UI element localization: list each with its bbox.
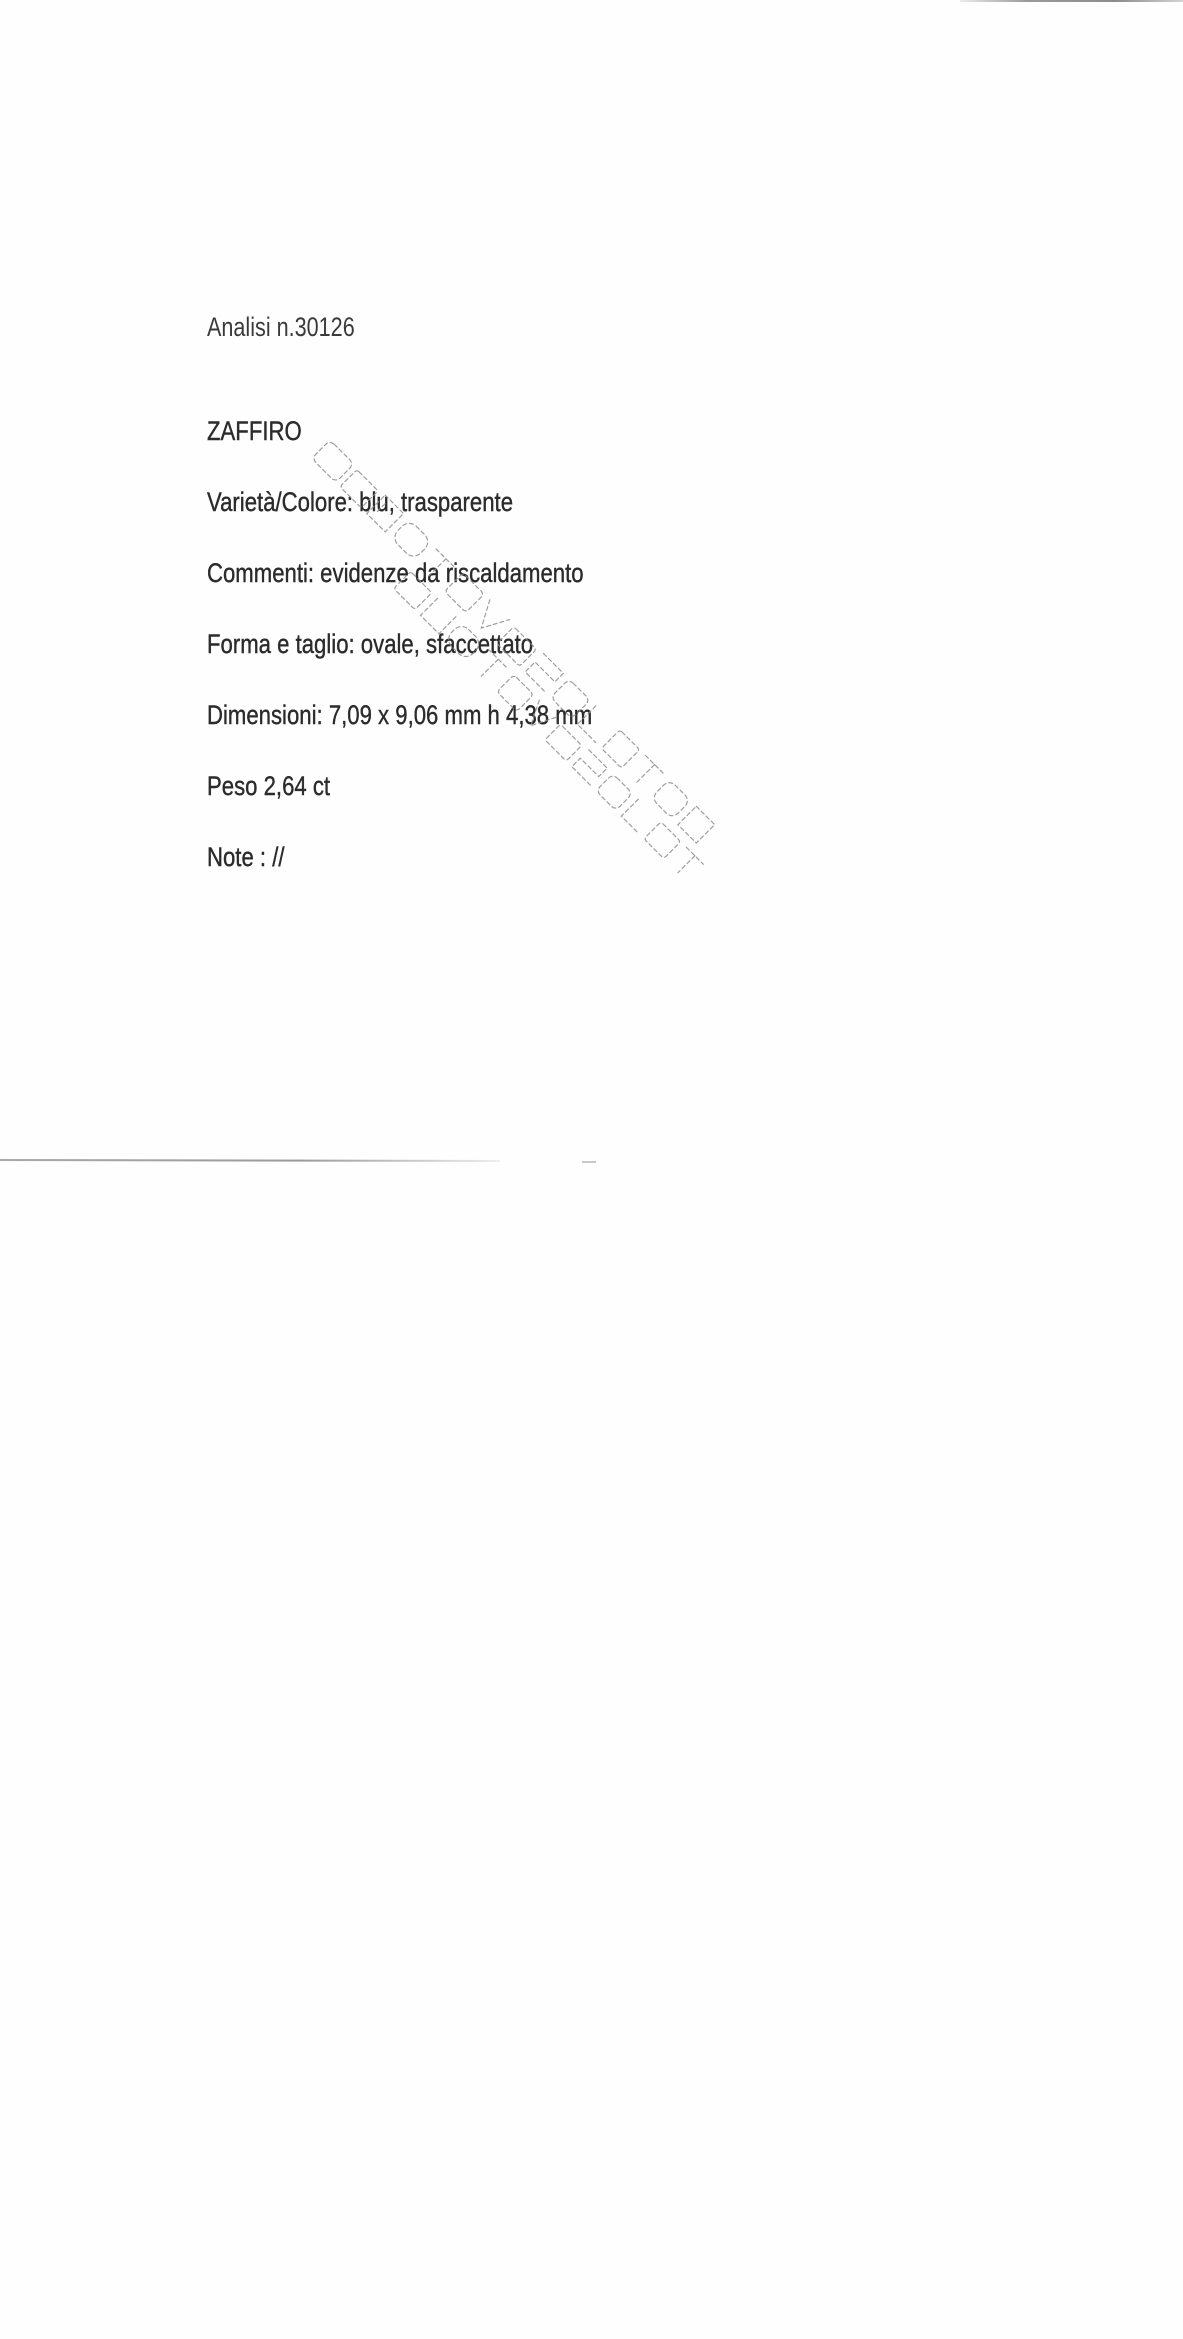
gem-name-heading: ZAFFIRO xyxy=(207,416,302,446)
analysis-number: Analisi n.30126 xyxy=(207,312,355,342)
scan-edge-line-bottom xyxy=(0,1159,500,1162)
field-weight: Peso 2,64 ct xyxy=(207,771,330,801)
field-shape-cut: Forma e taglio: ovale, sfaccettato xyxy=(207,629,533,659)
field-notes: Note : // xyxy=(207,842,285,872)
scan-edge-dash xyxy=(582,1161,596,1163)
scan-edge-line-top xyxy=(960,0,1183,2)
field-dimensions: Dimensioni: 7,09 x 9,06 mm h 4,38 mm xyxy=(207,700,592,730)
scanned-document-page: Analisi n.30126 ZAFFIRO Varietà/Colore: … xyxy=(0,0,1183,2339)
field-variety-color: Varietà/Colore: blu, trasparente xyxy=(207,487,513,517)
field-comments: Commenti: evidenze da riscaldamento xyxy=(207,558,584,588)
